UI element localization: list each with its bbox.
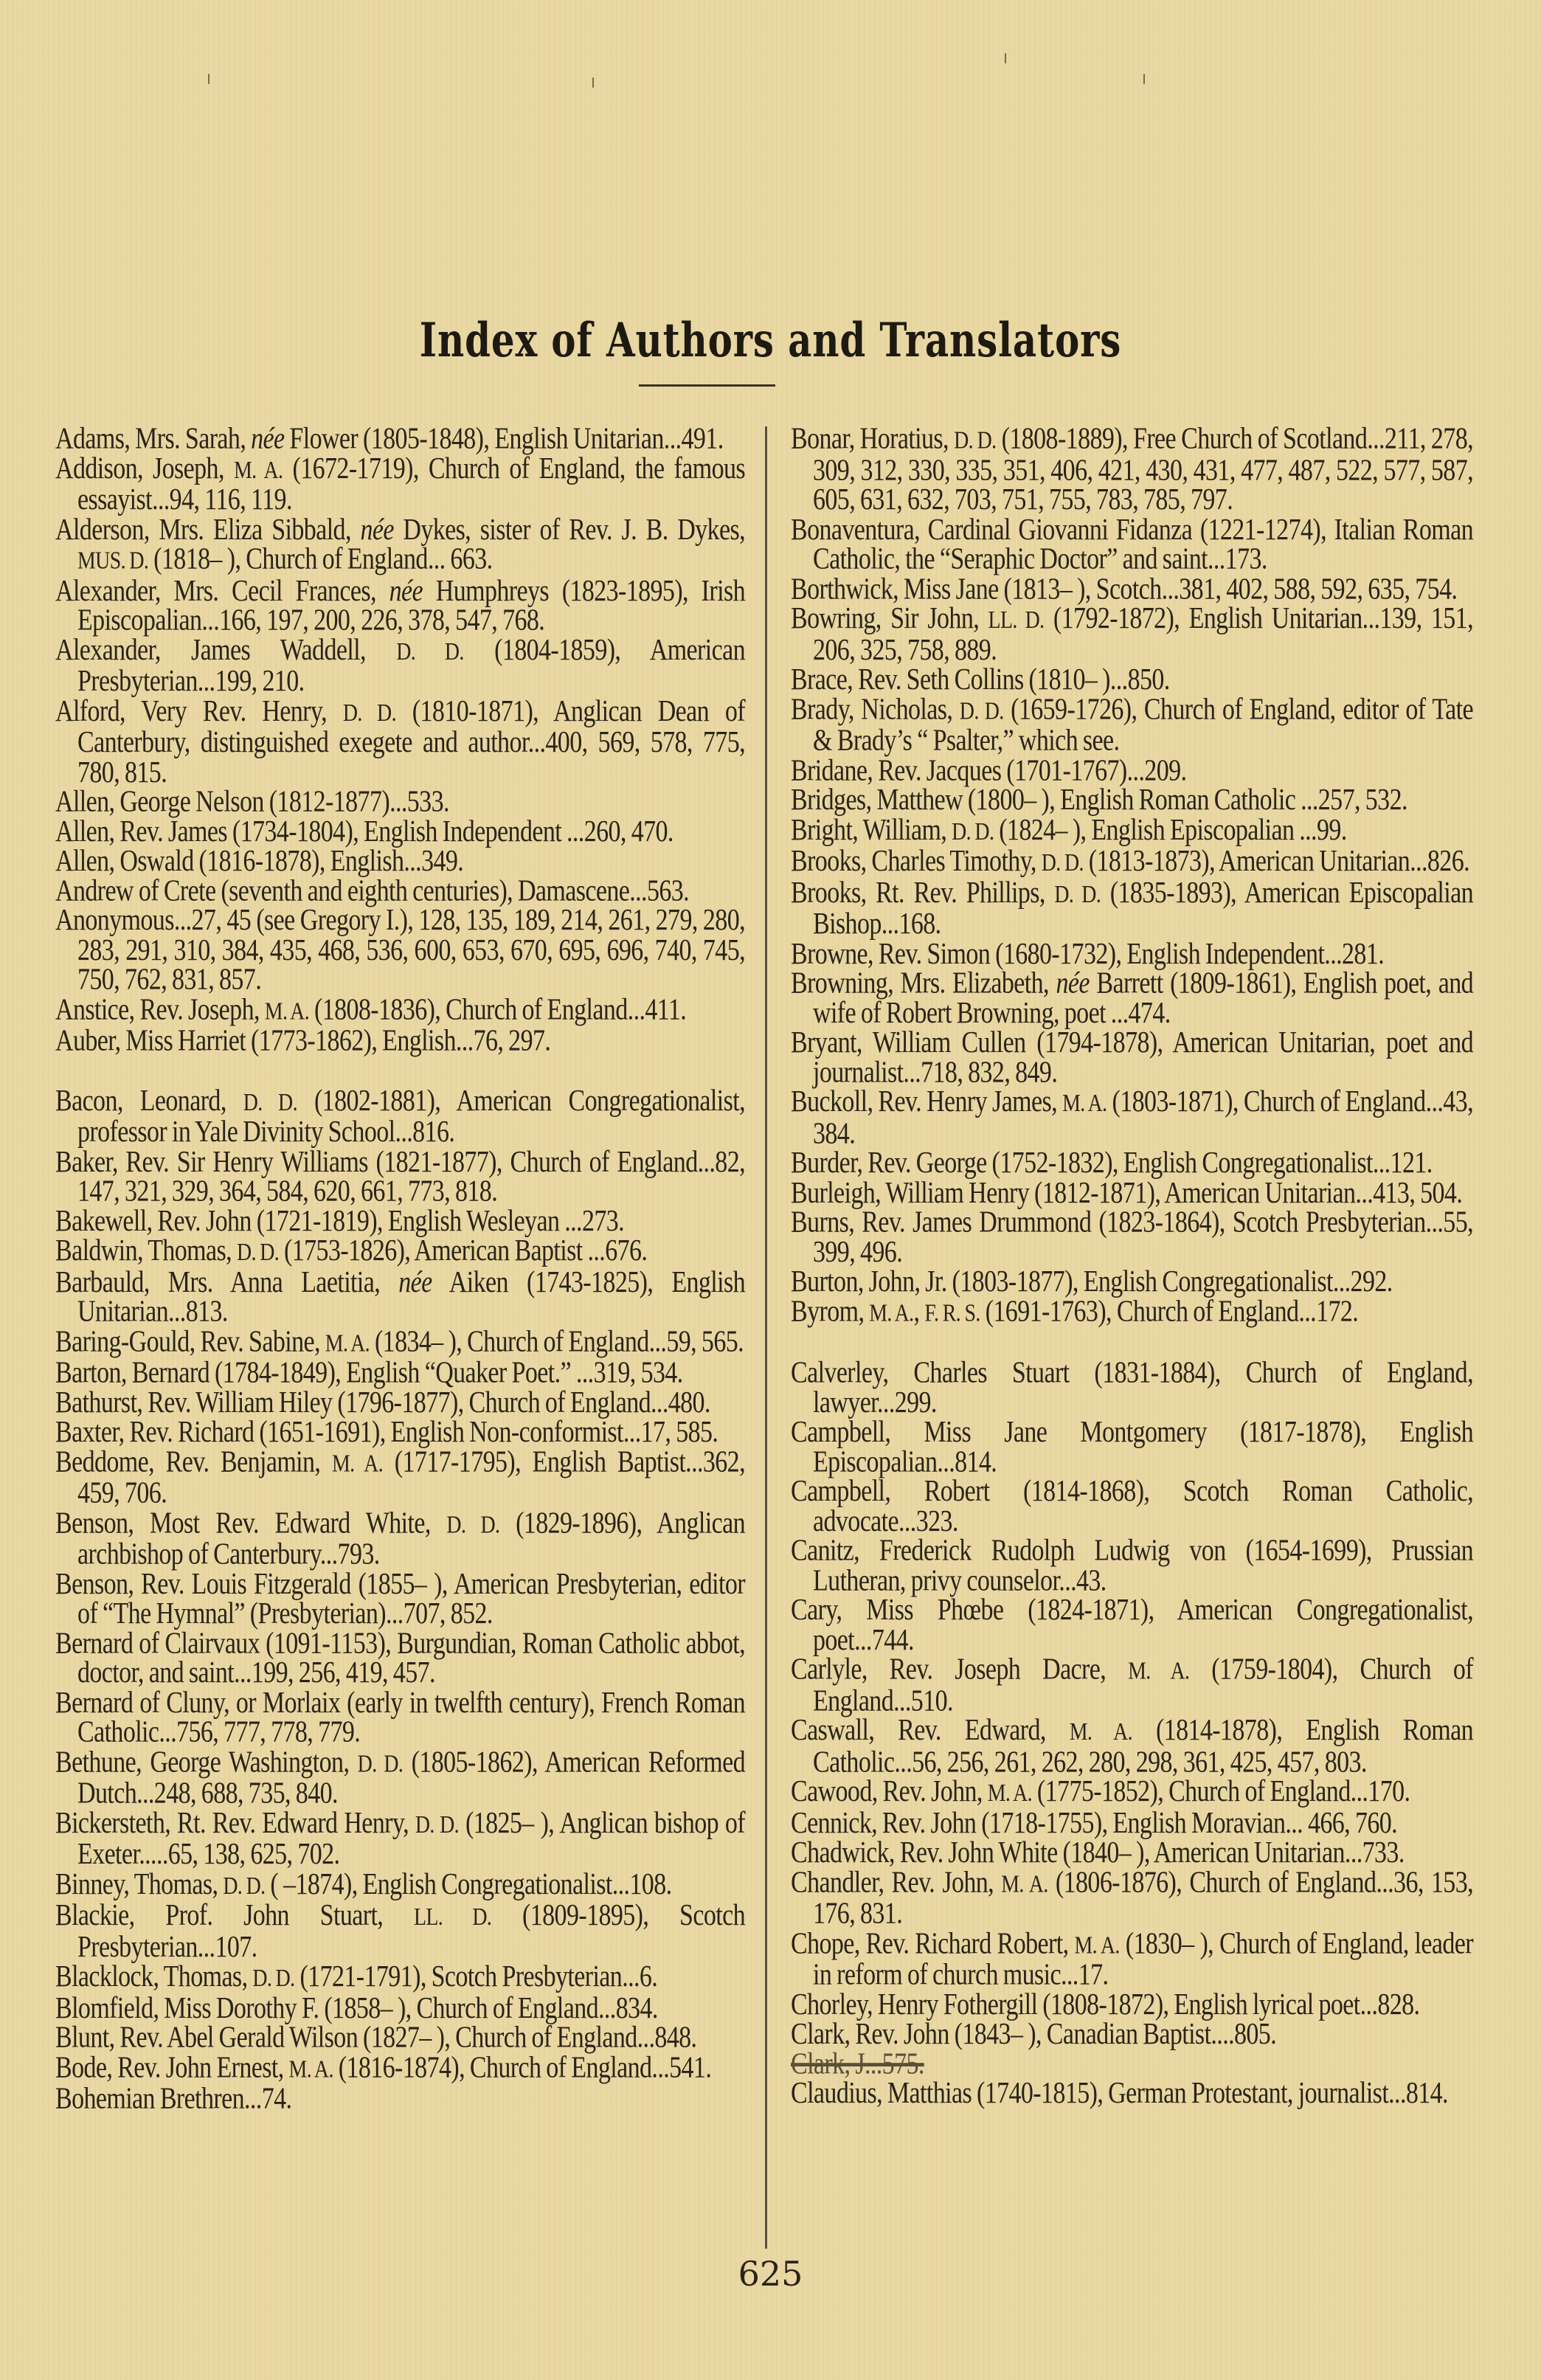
entry-text: Brooks, Rt. Rev. Phillips, D. D. (1835-1… (791, 876, 1473, 941)
index-entry: Alexander, James Waddell, D. D. (1804-18… (55, 635, 745, 696)
index-entry: Bode, Rev. John Ernest, M. A. (1816-1874… (55, 2052, 745, 2084)
entry-text: Bright, William, D. D. (1824– ), English… (791, 813, 1347, 845)
entry-text: Chadwick, Rev. John White (1840– ), Amer… (791, 1836, 1405, 1869)
index-entry: Blackie, Prof. John Stuart, LL. D. (1809… (55, 1901, 745, 1962)
entry-text: Blunt, Rev. Abel Gerald Wilson (1827– ),… (55, 2021, 696, 2054)
entry-text: Barton, Bernard (1784-1849), English “Qu… (55, 1357, 683, 1389)
index-entry: Bakewell, Rev. John (1721-1819), English… (55, 1206, 745, 1236)
index-entry: Cennick, Rev. John (1718-1755), English … (791, 1808, 1473, 1838)
entry-text: Bernard of Clairvaux (1091-1153), Burgun… (55, 1627, 745, 1689)
column-divider (765, 426, 767, 2249)
entry-text: Bridane, Rev. Jacques (1701-1767)...209. (791, 754, 1186, 786)
index-entry: Carlyle, Rev. Joseph Dacre, M. A. (1759-… (791, 1655, 1473, 1716)
index-entry: Benson, Rev. Louis Fitzgerald (1855– ), … (55, 1569, 745, 1628)
entry-text: Bohemian Brethren...74. (55, 2083, 291, 2115)
title-rule (639, 384, 775, 387)
entry-text: Barbauld, Mrs. Anna Laetitia, née Aiken … (55, 1266, 745, 1329)
index-entry: Bathurst, Rev. William Hiley (1796-1877)… (55, 1388, 745, 1417)
index-entry: Burton, John, Jr. (1803-1877), English C… (791, 1267, 1473, 1296)
entry-text: Byrom, M. A., F. R. S. (1691-1763), Chur… (791, 1295, 1358, 1327)
entry-text: Alderson, Mrs. Eliza Sibbald, née Dykes,… (55, 513, 745, 576)
index-entry: Allen, George Nelson (1812-1877)...533. (55, 787, 745, 817)
entry-text: Adams, Mrs. Sarah, née Flower (1805-1848… (55, 423, 724, 455)
index-entry: Bonaventura, Cardinal Giovanni Fidanza (… (791, 515, 1473, 574)
entry-text: Brady, Nicholas, D. D. (1659-1726), Chur… (791, 693, 1473, 757)
index-entry: Canitz, Frederick Rudolph Ludwig von (16… (791, 1536, 1473, 1595)
index-entry: Bridane, Rev. Jacques (1701-1767)...209. (791, 755, 1473, 785)
entry-text: Blomfield, Miss Dorothy F. (1858– ), Chu… (55, 1992, 658, 2024)
entry-text: Carlyle, Rev. Joseph Dacre, M. A. (1759-… (791, 1653, 1473, 1717)
entry-text: Chandler, Rev. John, M. A. (1806-1876), … (791, 1866, 1473, 1930)
section-gap (55, 1056, 745, 1086)
index-entry: Chope, Rev. Richard Robert, M. A. (1830–… (791, 1928, 1473, 1990)
entry-text: Bowring, Sir John, LL. D. (1792-1872), E… (791, 602, 1473, 666)
entry-text: Campbell, Robert (1814-1868), Scotch Rom… (791, 1475, 1473, 1537)
index-entry: Calverley, Charles Stuart (1831-1884), C… (791, 1358, 1473, 1417)
index-entry: Burder, Rev. George (1752-1832), English… (791, 1149, 1473, 1178)
index-entry: Clark, J...575. (791, 2049, 1473, 2079)
entry-text: Allen, Rev. James (1734-1804), English I… (55, 815, 673, 848)
index-entry: Byrom, M. A., F. R. S. (1691-1763), Chur… (791, 1297, 1473, 1329)
entry-text: Canitz, Frederick Rudolph Ludwig von (16… (791, 1535, 1473, 1597)
entry-text: Bethune, George Washington, D. D. (1805-… (55, 1746, 745, 1810)
entry-text: Brooks, Charles Timothy, D. D. (1813-187… (791, 845, 1469, 877)
entry-text: Cary, Miss Phœbe (1824-1871), American C… (791, 1594, 1473, 1656)
index-entry: Baxter, Rev. Richard (1651-1691), Englis… (55, 1417, 745, 1447)
entry-text: Chorley, Henry Fothergill (1808-1872), E… (791, 1988, 1419, 2021)
entry-text: Allen, Oswald (1816-1878), English...349… (55, 845, 463, 877)
entry-text: Borthwick, Miss Jane (1813– ), Scotch...… (791, 572, 1457, 605)
entry-text: Bickersteth, Rt. Rev. Edward Henry, D. D… (55, 1807, 745, 1871)
index-entry: Clark, Rev. John (1843– ), Canadian Bapt… (791, 2019, 1473, 2049)
entry-text: Binney, Thomas, D. D. ( –1874), English … (55, 1868, 672, 1900)
page-number: 625 (0, 2254, 1541, 2294)
entry-text: Caswall, Rev. Edward, M. A. (1814-1878),… (791, 1714, 1473, 1778)
index-entry: Alexander, Mrs. Cecil Frances, née Humph… (55, 576, 745, 635)
entry-text: Andrew of Crete (seventh and eighth cent… (55, 874, 689, 907)
entry-text: Auber, Miss Harriet (1773-1862), English… (55, 1025, 550, 1057)
index-entry: Bernard of Cluny, or Morlaix (early in t… (55, 1688, 745, 1747)
entry-text: Calverley, Charles Stuart (1831-1884), C… (791, 1357, 1473, 1419)
section-gap (791, 1328, 1473, 1358)
entry-text: Campbell, Miss Jane Montgomery (1817-187… (791, 1416, 1473, 1478)
index-entry: Brooks, Rt. Rev. Phillips, D. D. (1835-1… (791, 878, 1473, 939)
index-entry: Bridges, Matthew (1800– ), English Roman… (791, 786, 1473, 815)
index-entry: Alderson, Mrs. Eliza Sibbald, née Dykes,… (55, 515, 745, 576)
index-entry: Barbauld, Mrs. Anna Laetitia, née Aiken … (55, 1267, 745, 1326)
index-entry: Burns, Rev. James Drummond (1823-1864), … (791, 1208, 1473, 1267)
index-entry: Baker, Rev. Sir Henry Williams (1821-187… (55, 1147, 745, 1206)
index-entry: Bright, William, D. D. (1824– ), English… (791, 815, 1473, 847)
index-entry: Buckoll, Rev. Henry James, M. A. (1803-1… (791, 1087, 1473, 1149)
entry-text: Baring-Gould, Rev. Sabine, M. A. (1834– … (55, 1325, 744, 1357)
entry-text: Bernard of Cluny, or Morlaix (early in t… (55, 1687, 745, 1749)
index-entry: Barton, Bernard (1784-1849), English “Qu… (55, 1358, 745, 1388)
index-entry: Claudius, Matthias (1740-1815), German P… (791, 2079, 1473, 2109)
index-entry: Bohemian Brethren...74. (55, 2084, 745, 2114)
entry-text: Burleigh, William Henry (1812-1871), Ame… (791, 1176, 1462, 1208)
paper-speck (1143, 74, 1145, 84)
index-entry: Campbell, Robert (1814-1868), Scotch Rom… (791, 1477, 1473, 1536)
index-entry: Browning, Mrs. Elizabeth, née Barrett (1… (791, 969, 1473, 1028)
index-entry: Bickersteth, Rt. Rev. Edward Henry, D. D… (55, 1808, 745, 1869)
index-entry: Binney, Thomas, D. D. ( –1874), English … (55, 1869, 745, 1901)
index-entry: Anonymous...27, 45 (see Gregory I.), 128… (55, 906, 745, 995)
entry-text: Addison, Joseph, M. A. (1672-1719), Chur… (55, 452, 745, 516)
index-entry: Bryant, William Cullen (1794-1878), Amer… (791, 1028, 1473, 1087)
entry-text: Buckoll, Rev. Henry James, M. A. (1803-1… (791, 1085, 1473, 1149)
left-column: Adams, Mrs. Sarah, née Flower (1805-1848… (55, 424, 745, 2114)
index-entry: Allen, Oswald (1816-1878), English...349… (55, 846, 745, 876)
entry-text: Browning, Mrs. Elizabeth, née Barrett (1… (791, 967, 1473, 1030)
entry-text: Claudius, Matthias (1740-1815), German P… (791, 2077, 1448, 2109)
index-entry: Bowring, Sir John, LL. D. (1792-1872), E… (791, 604, 1473, 665)
entry-text: Chope, Rev. Richard Robert, M. A. (1830–… (791, 1927, 1473, 1991)
index-entry: Bonar, Horatius, D. D. (1808-1889), Free… (791, 424, 1473, 515)
entry-text: Burder, Rev. George (1752-1832), English… (791, 1146, 1433, 1179)
index-entry: Bacon, Leonard, D. D. (1802-1881), Ameri… (55, 1086, 745, 1147)
index-entry: Caswall, Rev. Edward, M. A. (1814-1878),… (791, 1716, 1473, 1777)
paper-speck (592, 77, 594, 88)
index-entry: Addison, Joseph, M. A. (1672-1719), Chur… (55, 454, 745, 515)
entry-text: Baxter, Rev. Richard (1651-1691), Englis… (55, 1416, 718, 1448)
index-entry: Bethune, George Washington, D. D. (1805-… (55, 1747, 745, 1808)
entry-text: Beddome, Rev. Benjamin, M. A. (1717-1795… (55, 1445, 745, 1509)
index-entry: Brooks, Charles Timothy, D. D. (1813-187… (791, 846, 1473, 878)
index-entry: Adams, Mrs. Sarah, née Flower (1805-1848… (55, 424, 745, 454)
entry-text: Cawood, Rev. John, M. A. (1775-1852), Ch… (791, 1775, 1410, 1808)
entry-text: Blackie, Prof. John Stuart, LL. D. (1809… (55, 1899, 745, 1963)
entry-text: Bacon, Leonard, D. D. (1802-1881), Ameri… (55, 1085, 745, 1149)
entry-text: Alexander, James Waddell, D. D. (1804-18… (55, 634, 745, 698)
entry-text: Alford, Very Rev. Henry, D. D. (1810-187… (55, 695, 745, 789)
entry-text: Alexander, Mrs. Cecil Frances, née Humph… (55, 574, 745, 637)
index-entry: Alford, Very Rev. Henry, D. D. (1810-187… (55, 696, 745, 787)
entry-text: Bathurst, Rev. William Hiley (1796-1877)… (55, 1386, 710, 1419)
entry-text: Bakewell, Rev. John (1721-1819), English… (55, 1205, 624, 1237)
index-entry: Bernard of Clairvaux (1091-1153), Burgun… (55, 1629, 745, 1688)
index-entry: Cary, Miss Phœbe (1824-1871), American C… (791, 1596, 1473, 1655)
entry-text: Bonaventura, Cardinal Giovanni Fidanza (… (791, 513, 1473, 576)
index-entry: Anstice, Rev. Joseph, M. A. (1808-1836),… (55, 994, 745, 1026)
index-entry: Browne, Rev. Simon (1680-1732), English … (791, 939, 1473, 969)
entry-text: Cennick, Rev. John (1718-1755), English … (791, 1807, 1397, 1839)
index-entry: Andrew of Crete (seventh and eighth cent… (55, 876, 745, 906)
entry-text: Benson, Rev. Louis Fitzgerald (1855– ), … (55, 1568, 745, 1630)
entry-text: Allen, George Nelson (1812-1877)...533. (55, 786, 449, 818)
index-entry: Borthwick, Miss Jane (1813– ), Scotch...… (791, 574, 1473, 603)
index-entry: Baldwin, Thomas, D. D. (1753-1826), Amer… (55, 1236, 745, 1267)
page-title: Index of Authors and Translators (108, 312, 1433, 367)
entry-text: Burns, Rev. James Drummond (1823-1864), … (791, 1206, 1473, 1269)
entry-text: Brace, Rev. Seth Collins (1810– )...850. (791, 663, 1170, 696)
index-entry: Baring-Gould, Rev. Sabine, M. A. (1834– … (55, 1326, 745, 1358)
index-entry: Brace, Rev. Seth Collins (1810– )...850. (791, 665, 1473, 694)
index-entry: Allen, Rev. James (1734-1804), English I… (55, 817, 745, 846)
entry-text: Anstice, Rev. Joseph, M. A. (1808-1836),… (55, 993, 686, 1025)
entry-text: Blacklock, Thomas, D. D. (1721-1791), Sc… (55, 1960, 657, 1993)
index-entry: Auber, Miss Harriet (1773-1862), English… (55, 1026, 745, 1056)
index-entry: Chorley, Henry Fothergill (1808-1872), E… (791, 1990, 1473, 2019)
index-entry: Chadwick, Rev. John White (1840– ), Amer… (791, 1838, 1473, 1867)
entry-text: Bridges, Matthew (1800– ), English Roman… (791, 783, 1407, 816)
paper-speck (1005, 53, 1006, 63)
entry-text: Burton, John, Jr. (1803-1877), English C… (791, 1265, 1393, 1298)
index-entry: Blunt, Rev. Abel Gerald Wilson (1827– ),… (55, 2023, 745, 2052)
index-entry: Brady, Nicholas, D. D. (1659-1726), Chur… (791, 695, 1473, 756)
index-entry: Benson, Most Rev. Edward White, D. D. (1… (55, 1508, 745, 1569)
index-entry: Blomfield, Miss Dorothy F. (1858– ), Chu… (55, 1993, 745, 2023)
entry-text: Clark, J...575. (791, 2047, 924, 2080)
entry-text: Browne, Rev. Simon (1680-1732), English … (791, 937, 1384, 969)
entry-text: Baldwin, Thomas, D. D. (1753-1826), Amer… (55, 1234, 647, 1267)
paper-speck (208, 74, 209, 84)
index-entry: Blacklock, Thomas, D. D. (1721-1791), Sc… (55, 1962, 745, 1993)
right-column: Bonar, Horatius, D. D. (1808-1889), Free… (791, 424, 1473, 2109)
index-entry: Burleigh, William Henry (1812-1871), Ame… (791, 1178, 1473, 1208)
index-entry: Beddome, Rev. Benjamin, M. A. (1717-1795… (55, 1447, 745, 1509)
entry-text: Benson, Most Rev. Edward White, D. D. (1… (55, 1506, 745, 1571)
index-entry: Campbell, Miss Jane Montgomery (1817-187… (791, 1417, 1473, 1476)
entry-text: Clark, Rev. John (1843– ), Canadian Bapt… (791, 2018, 1276, 2050)
entry-text: Bonar, Horatius, D. D. (1808-1889), Free… (791, 423, 1473, 516)
index-entry: Chandler, Rev. John, M. A. (1806-1876), … (791, 1868, 1473, 1929)
entry-text: Bryant, William Cullen (1794-1878), Amer… (791, 1026, 1473, 1089)
entry-text: Bode, Rev. John Ernest, M. A. (1816-1874… (55, 2051, 711, 2083)
entry-text: Baker, Rev. Sir Henry Williams (1821-187… (55, 1145, 745, 1208)
entry-text: Anonymous...27, 45 (see Gregory I.), 128… (55, 904, 745, 996)
index-entry: Cawood, Rev. John, M. A. (1775-1852), Ch… (791, 1777, 1473, 1809)
